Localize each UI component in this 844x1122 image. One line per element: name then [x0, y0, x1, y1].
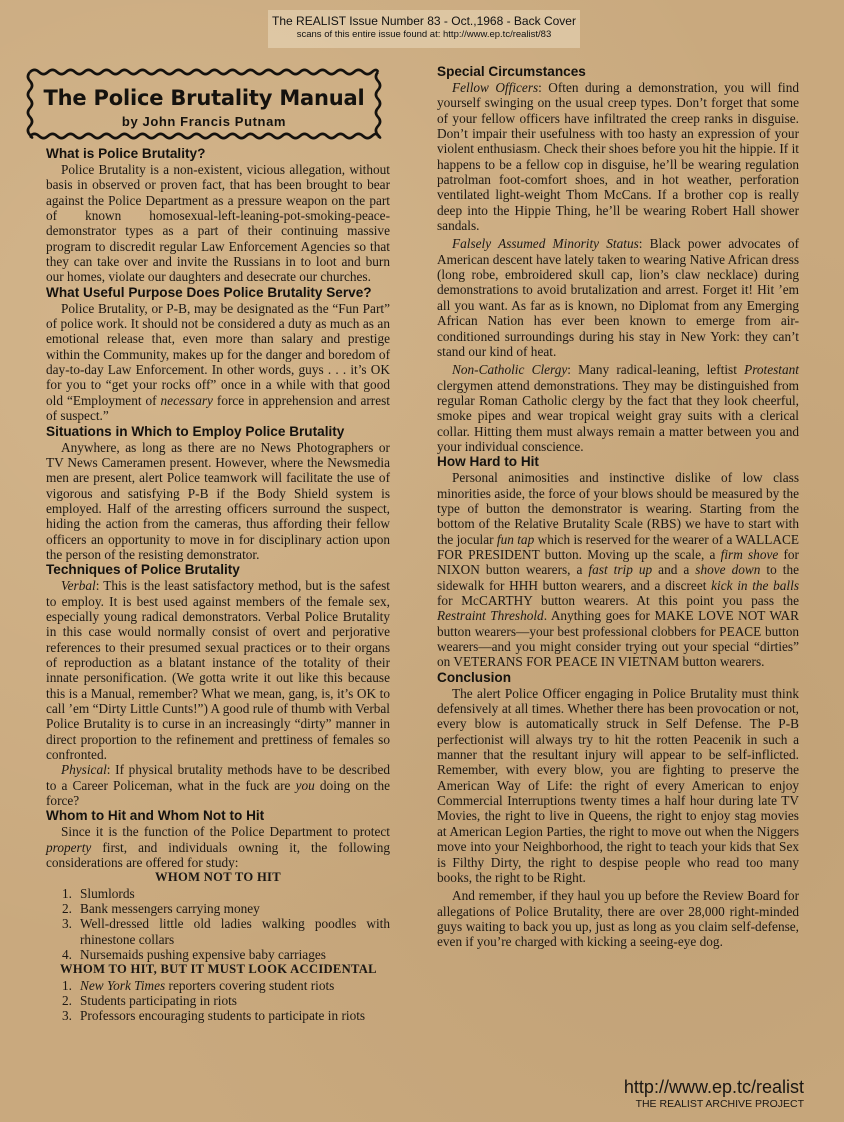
paragraph: Falsely Assumed Minority Status: Black p… — [437, 236, 799, 359]
list-item: 3.Well-dressed little old ladies walking… — [46, 916, 390, 947]
section-heading: What Useful Purpose Does Police Brutalit… — [46, 285, 390, 301]
paragraph: Anywhere, as long as there are no News P… — [46, 440, 390, 563]
section-heading: Conclusion — [437, 670, 799, 686]
paragraph: Physical: If physical brutality methods … — [46, 762, 390, 808]
section-heading: Techniques of Police Brutality — [46, 562, 390, 578]
paragraph: Non-Catholic Clergy: Many radical-leanin… — [437, 362, 799, 454]
section-heading: Situations in Which to Employ Police Bru… — [46, 424, 390, 440]
paragraph: Police Brutality, or P-B, may be designa… — [46, 301, 390, 424]
archive-url-link[interactable]: http://www.ep.tc/realist — [600, 1077, 804, 1097]
issue-info: The REALIST Issue Number 83 - Oct.,1968 … — [268, 10, 580, 29]
scan-source-link[interactable]: scans of this entire issue found at: htt… — [268, 29, 580, 41]
left-column: The Police Brutality Manual by John Fran… — [46, 66, 390, 1024]
paragraph: The alert Police Officer engaging in Pol… — [437, 686, 799, 885]
list-title-to-hit: WHOM TO HIT, BUT IT MUST LOOK ACCIDENTAL — [46, 962, 390, 977]
list-not-to-hit: 1.Slumlords2.Bank messengers carrying mo… — [46, 886, 390, 963]
paragraph: Personal animosities and instinctive dis… — [437, 470, 799, 669]
archive-footer: http://www.ep.tc/realist THE REALIST ARC… — [600, 1077, 804, 1111]
list-item: 2.Students participating in riots — [46, 993, 390, 1008]
scan-source-banner: The REALIST Issue Number 83 - Oct.,1968 … — [268, 10, 580, 48]
section-heading: What is Police Brutality? — [46, 146, 390, 162]
section-heading: Whom to Hit and Whom Not to Hit — [46, 808, 390, 824]
list-item: 1.New York Times reporters covering stud… — [46, 978, 390, 993]
paragraph: Police Brutality is a non-existent, vici… — [46, 162, 390, 285]
paragraph: And remember, if they haul you up before… — [437, 888, 799, 949]
paragraph: Verbal: This is the least satisfactory m… — [46, 578, 390, 762]
list-item: 1.Slumlords — [46, 886, 390, 901]
archive-project-name: THE REALIST ARCHIVE PROJECT — [600, 1097, 804, 1111]
list-item: 4.Nursemaids pushing expensive baby carr… — [46, 947, 390, 962]
paragraph: Since it is the function of the Police D… — [46, 824, 390, 870]
article-byline: by John Francis Putnam — [24, 114, 384, 129]
list-title-not-to-hit: WHOM NOT TO HIT — [46, 870, 390, 885]
section-heading: How Hard to Hit — [437, 454, 799, 470]
section-heading: Special Circumstances — [437, 64, 799, 80]
list-item: 3.Professors encouraging students to par… — [46, 1008, 390, 1023]
right-column: Special Circumstances Fellow Officers: O… — [437, 64, 799, 950]
list-item: 2.Bank messengers carrying money — [46, 901, 390, 916]
paragraph: Fellow Officers: Often during a demonstr… — [437, 80, 799, 233]
list-to-hit: 1.New York Times reporters covering stud… — [46, 978, 390, 1024]
article-title-box: The Police Brutality Manual by John Fran… — [24, 66, 384, 142]
article-title: The Police Brutality Manual — [24, 86, 384, 110]
